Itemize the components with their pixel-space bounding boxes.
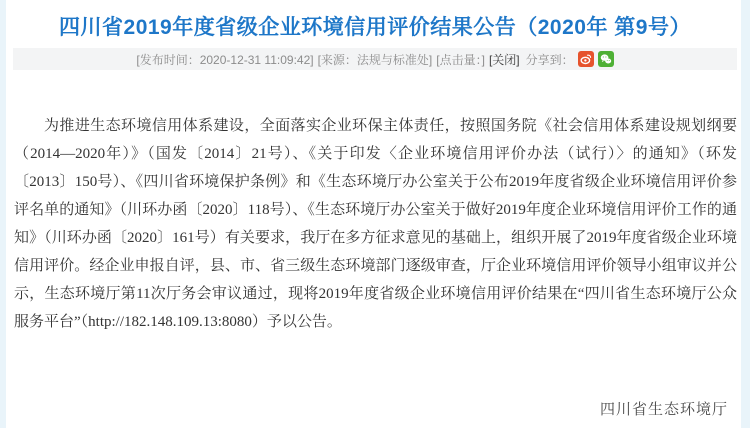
left-edge-strip (0, 0, 6, 428)
share-to-label: 分享到： (526, 51, 574, 68)
source-text: [来源：法规与标准处] (318, 51, 433, 68)
close-button[interactable]: [关闭] (489, 51, 520, 68)
page-title: 四川省2019年度省级企业环境信用评价结果公告（2020年 第9号） (13, 11, 737, 41)
click-count-text: [点击量：] (436, 51, 485, 68)
right-edge-strip (741, 0, 750, 428)
signature: 四川省生态环境厅 (600, 398, 728, 419)
meta-bar: [发布时间：2020-12-31 11:09:42] [来源：法规与标准处] [… (13, 48, 737, 70)
publish-time-text: [发布时间：2020-12-31 11:09:42] (136, 51, 313, 68)
wechat-share-icon[interactable] (598, 51, 614, 67)
announcement-body: 为推进生态环境信用体系建设，全面落实企业环保主体责任，按照国务院《社会信用体系建… (14, 112, 737, 336)
announcement-page: 四川省2019年度省级企业环境信用评价结果公告（2020年 第9号） [发布时间… (0, 0, 750, 428)
weibo-share-icon[interactable] (578, 51, 594, 67)
